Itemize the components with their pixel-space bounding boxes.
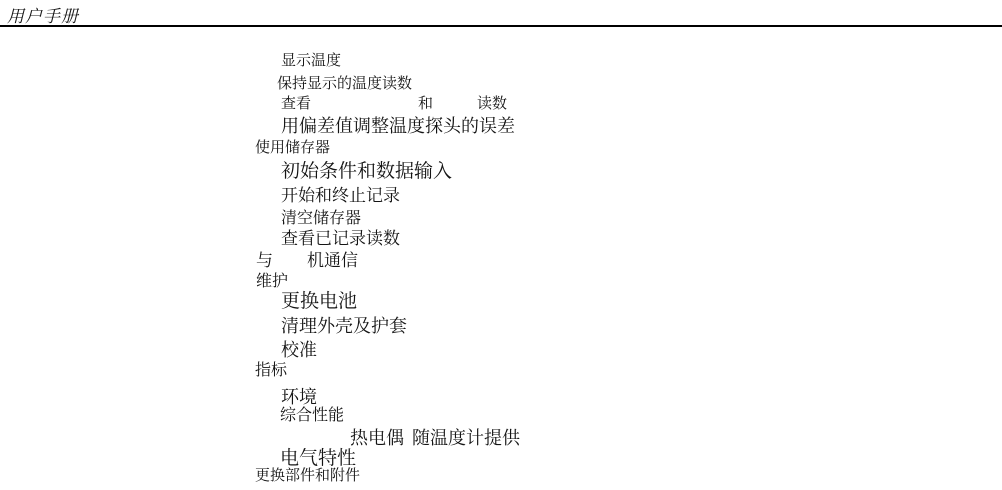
toc-entry-level2: 电气特性 [280,449,356,468]
table-of-contents: 显示温度保持显示的温度读数查看和读数用偏差值调整温度探头的误差使用储存器初始条件… [0,0,1002,490]
toc-entry-level2: 查看 [281,97,311,112]
toc-entry-level1: 更换部件和附件 [255,469,360,484]
toc-entry-level2: 保持显示的温度读数 [277,77,412,92]
toc-entry-level2: 环境 [281,388,317,406]
toc-entry-level2: 校准 [281,341,317,359]
toc-entry-level2: 读数 [477,97,507,112]
toc-entry-level1: 维护 [256,274,288,290]
toc-entry-level3: 热电偶 [350,429,404,447]
toc-entry-level2: 显示温度 [281,54,341,69]
toc-entry-level2: 和 [418,97,433,112]
manual-page: 用户手册 显示温度保持显示的温度读数查看和读数用偏差值调整温度探头的误差使用储存… [0,0,1002,490]
toc-entry-level2: 查看已记录读数 [281,230,400,247]
toc-entry-level1: 指标 [255,363,287,379]
toc-entry-level2: 开始和终止记录 [281,187,400,204]
toc-entry-level2: 清理外壳及护套 [281,317,407,335]
toc-entry-level1: 与 [256,252,273,269]
toc-entry-level2: 初始条件和数据输入 [281,162,452,181]
toc-entry-level2: 综合性能 [280,408,344,424]
toc-entry-level2: 用偏差值调整温度探头的误差 [281,117,515,135]
toc-entry-level3: 随温度计提供 [412,429,520,447]
toc-entry-level2: 更换电池 [281,292,357,311]
toc-entry-level1: 使用储存器 [255,141,330,156]
toc-entry-level1: 机通信 [307,252,358,269]
toc-entry-level2: 清空储存器 [281,211,361,227]
